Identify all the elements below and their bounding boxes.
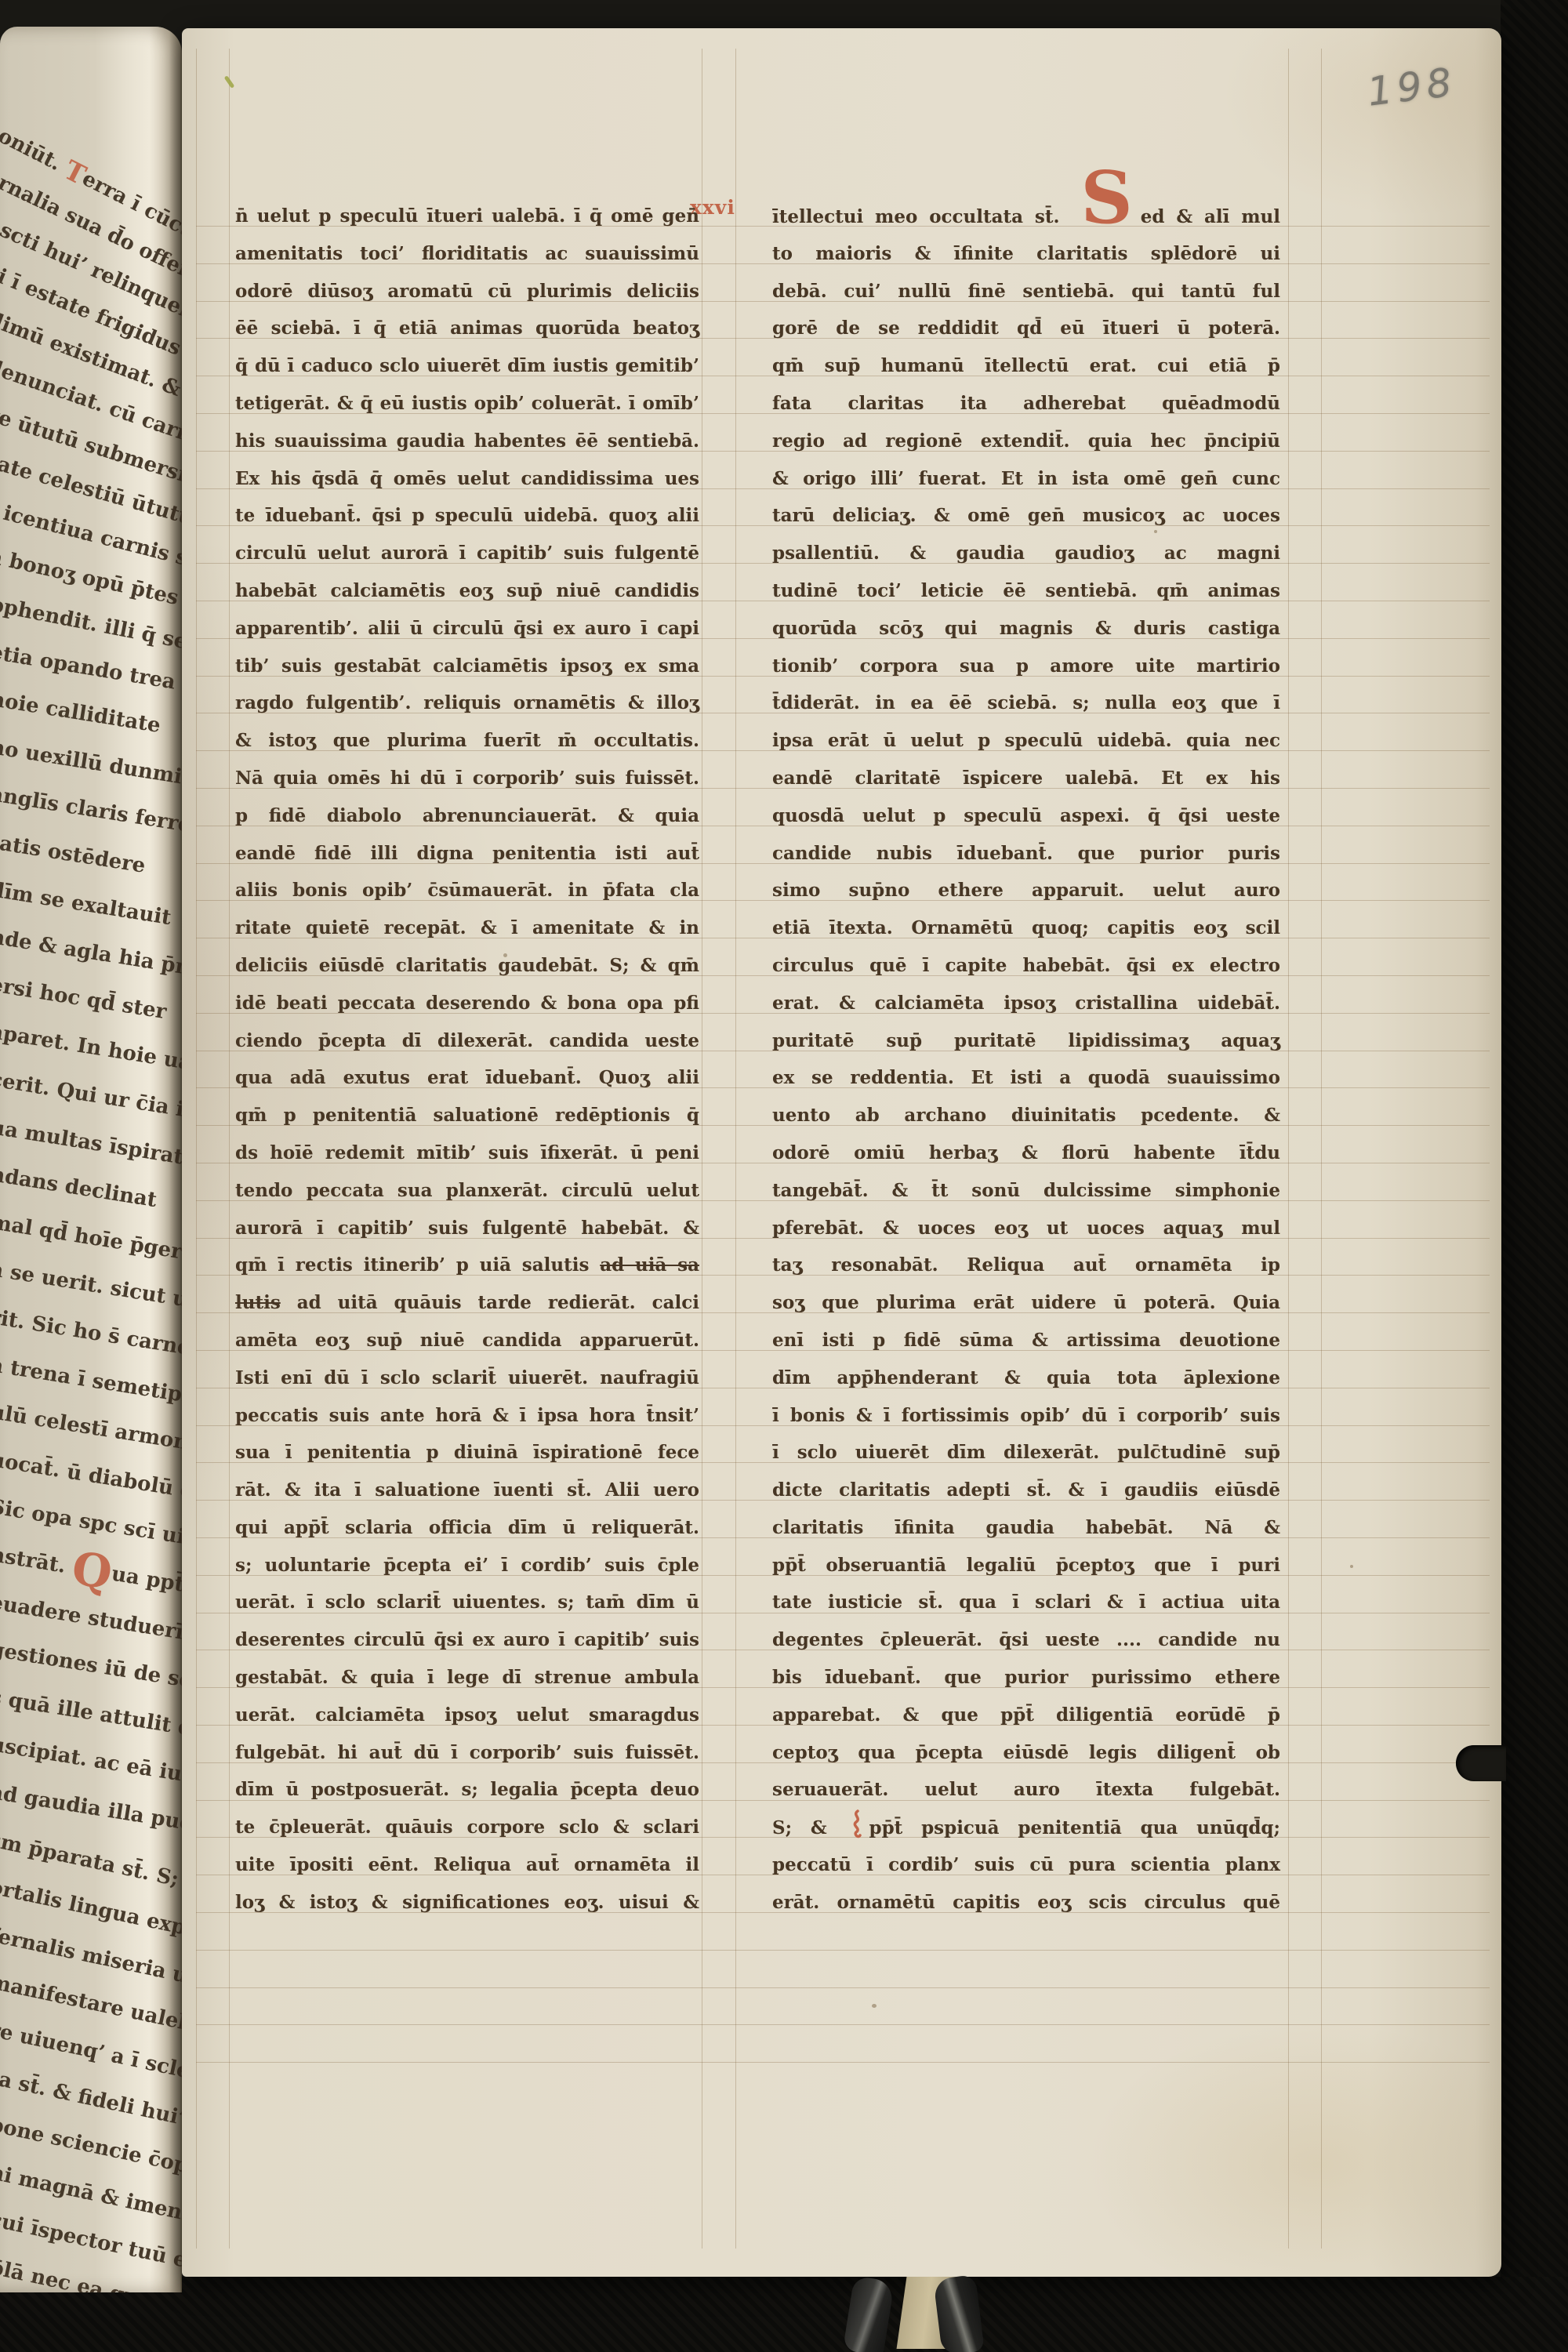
struck-text: ad uiā sa bbox=[600, 1254, 699, 1276]
manuscript-line: eandē fidē illi digna penitentia isti au… bbox=[235, 835, 699, 873]
manuscript-line: bis īduebant̄. que purior purissimo ethe… bbox=[772, 1659, 1280, 1697]
manuscript-line: simo sup̄no ethere apparuit. uelut auro bbox=[772, 872, 1280, 909]
manuscript-line: deserentes circulū q̄si ex auro ī capiti… bbox=[235, 1621, 699, 1659]
manuscript-line: seruauerāt. uelut auro ītexta fulgebāt. bbox=[772, 1771, 1280, 1809]
manuscript-line: ds hoīē redemit mītib’ suis īfixerāt. ū … bbox=[235, 1134, 699, 1172]
facing-page-text-fragment: mal qd̄ hoīe p̄gere bbox=[0, 1210, 182, 1266]
manuscript-line: tetigerāt. & q̄ eū iustis opib’ coluerāt… bbox=[235, 385, 699, 423]
facing-page-text-fragment: s quā ille attulit q̄ s bbox=[0, 1686, 182, 1744]
facing-page-text-fragment: aparet. In hoie uaq; bbox=[0, 1020, 182, 1079]
cloth-background-bottom bbox=[0, 2277, 1568, 2352]
manuscript-line: & origo illi’ fuerat. Et in ista omē gen… bbox=[772, 460, 1280, 498]
clip-metal-right bbox=[933, 2274, 985, 2352]
manuscript-line: Isti enī dū ī sclo sclarit̄ uiuerēt. nau… bbox=[235, 1359, 699, 1397]
manuscript-line: gorē de se reddidit qd̄ eū ītueri ū pote… bbox=[772, 310, 1280, 347]
manuscript-line: tarū deliciaʒ. & omē gen̄ musicoʒ ac uoc… bbox=[772, 497, 1280, 535]
manuscript-line: odorē diūsoʒ aromatū cū plurimis delicii… bbox=[235, 273, 699, 310]
manuscript-line: t̄diderāt. in ea ēē sciebā. s; nulla eoʒ… bbox=[772, 684, 1280, 722]
manuscript-line: etiā ītexta. Ornamētū quoq; capitis eoʒ … bbox=[772, 909, 1280, 947]
manuscript-line: circulū uelut aurorā ī capitib’ suis ful… bbox=[235, 535, 699, 572]
manuscript-line: S; & pp̄t̄ pspicuā penitentiā qua unūqd̄… bbox=[772, 1809, 1280, 1846]
text-column-right: ītellectui meo occultata st̄. Sed & alī … bbox=[772, 198, 1280, 1922]
manuscript-line: qm̄ p penitentiā saluationē redēptionis … bbox=[235, 1097, 699, 1134]
manuscript-line: aliis bonis opib’ c̄sūmauerāt. in p̄fata… bbox=[235, 872, 699, 909]
photograph-of-manuscript: { "document": { "page_number": "198", "c… bbox=[0, 0, 1568, 2352]
manuscript-line: amenitatis toci’ floriditatis ac suauiss… bbox=[235, 235, 699, 273]
text-column-left: n̄ uelut p speculū ītueri ualebā. ī q̄ o… bbox=[235, 198, 699, 1922]
manuscript-line: apparentib’. alii ū circulū q̄si ex auro… bbox=[235, 610, 699, 648]
facing-page-text-fragment: hoie calliditate bbox=[0, 688, 162, 738]
facing-page-text-fragment: anglīs claris ferre bbox=[0, 782, 182, 837]
manuscript-line: qua adā exutus erat īduebant̄. Quoʒ alii bbox=[235, 1059, 699, 1097]
manuscript-line: uento ab archano diuinitatis pcedente. & bbox=[772, 1097, 1280, 1134]
facing-page-text-fragment: uocat̄. ū diabolū cū bbox=[0, 1448, 182, 1505]
manuscript-line: tudinē toci’ leticie ēē sentiebā. qm̄ an… bbox=[772, 572, 1280, 610]
facing-page-text-fragment: ndans declinat bbox=[0, 1163, 158, 1212]
manuscript-line: dicte claritatis adepti st̄. & ī gaudiis… bbox=[772, 1472, 1280, 1509]
facing-page-text-fragment: nstrāt. Qua ppt̄ ho bbox=[0, 1543, 182, 1602]
manuscript-line: uite īpositi eēnt. Reliqua aut̄ ornamēta… bbox=[235, 1846, 699, 1884]
facing-page-text-fragment: uscipiat. ac eā iustis bbox=[0, 1733, 182, 1792]
manuscript-line: erāt. ornamētū capitis eoʒ scis circulus… bbox=[772, 1884, 1280, 1922]
manuscript-line: ceptoʒ qua p̄cepta eiūsdē legis diligent… bbox=[772, 1734, 1280, 1772]
manuscript-line: pferebāt. & uoces eoʒ ut uoces aquaʒ mul bbox=[772, 1210, 1280, 1247]
manuscript-line: tib’ suis gestabāt calciamētis ipsoʒ ex … bbox=[235, 648, 699, 685]
manuscript-line: Nā quia omēs hi dū ī corporib’ suis fuis… bbox=[235, 760, 699, 797]
manuscript-line: degentes c̄pleuerāt. q̄si ueste .... can… bbox=[772, 1621, 1280, 1659]
rubric-initial: S bbox=[1080, 155, 1132, 240]
manuscript-line: uerāt. ī sclo sclarit̄ uiuentes. s; tam̄… bbox=[235, 1584, 699, 1621]
manuscript-line: pp̄t̄ obseruantiā legaliū p̄ceptoʒ que ī… bbox=[772, 1547, 1280, 1584]
manuscript-line: qm̄ ī rectis itinerib’ p uiā salutis ad … bbox=[235, 1247, 699, 1284]
manuscript-line: dīm ū postposuerāt. s; legalia p̄cepta d… bbox=[235, 1771, 699, 1809]
facing-page-text-fragment: rit. Sic ho s̄ carne bbox=[0, 1305, 182, 1360]
facing-page-text-fragment: etia opando trea bbox=[0, 641, 177, 695]
manuscript-line: ī bonis & ī fortissimis opib’ dū ī corpo… bbox=[772, 1397, 1280, 1435]
facing-page-text-fragment: cerit. Qui ur c̄ia ista bbox=[0, 1068, 182, 1127]
facing-page-text-fragment: ho uexillū dunmi bbox=[0, 735, 182, 789]
manuscript-line: Ex his q̄sdā q̄ omēs uelut candidissima … bbox=[235, 460, 699, 498]
manuscript-line: ex se reddentia. Et isti a quodā suauiss… bbox=[772, 1059, 1280, 1097]
manuscript-line: idē beati peccata deserendo & bona opa p… bbox=[235, 985, 699, 1022]
speck bbox=[1350, 1565, 1353, 1568]
manuscript-line: rāt. & ita ī saluatione īuenti st̄. Alii… bbox=[235, 1472, 699, 1509]
manuscript-line: ciendo p̄cepta dī dilexerāt. candida ues… bbox=[235, 1022, 699, 1060]
rubric-initial: Q bbox=[68, 1541, 116, 1600]
manuscript-line: candide nubis īduebant̄. que purior puri… bbox=[772, 835, 1280, 873]
manuscript-line: lutis ad uitā quāuis tarde redierāt. cal… bbox=[235, 1284, 699, 1322]
manuscript-line: apparebat. & que pp̄t̄ diligentiā eorūdē… bbox=[772, 1697, 1280, 1734]
manuscript-line: ragdo fulgentib’. reliquis ornamētis & i… bbox=[235, 684, 699, 722]
facing-page-text-fragment: dīm se exaltauit bbox=[0, 878, 172, 930]
ruling-line bbox=[196, 1987, 1490, 1988]
book-weight-clip bbox=[820, 2277, 1000, 2352]
manuscript-line: taʒ resonabāt. Reliqua aut̄ ornamēta ip bbox=[772, 1247, 1280, 1284]
ruling-line bbox=[196, 1950, 1490, 1951]
manuscript-line: soʒ que plurima erāt uidere ū poterā. Qu… bbox=[772, 1284, 1280, 1322]
manuscript-line: aurorā ī capitib’ suis fulgentē habebāt.… bbox=[235, 1210, 699, 1247]
manuscript-line: puritatē sup̄ puritatē lipidissimaʒ aqua… bbox=[772, 1022, 1280, 1060]
manuscript-line: psallentiū. & gaudia gaudioʒ ac magni bbox=[772, 535, 1280, 572]
clip-metal-left bbox=[843, 2276, 895, 2352]
manuscript-line: erat. & calciamēta ipsoʒ cristallina uid… bbox=[772, 985, 1280, 1022]
manuscript-line: claritatis īfinita gaudia habebāt. Nā & bbox=[772, 1509, 1280, 1547]
manuscript-line: loʒ & istoʒ & significationes eoʒ. uisui… bbox=[235, 1884, 699, 1922]
facing-page-text-fragment: ersi hoc qd̄ ster bbox=[0, 973, 168, 1024]
manuscript-line: ī sclo uiuerēt dīm dilexerāt. pulc̄tudin… bbox=[772, 1434, 1280, 1472]
manuscript-page: xxvi 198 n̄ uelut p speculū ītueri ualeb… bbox=[182, 28, 1501, 2277]
cloth-background-right bbox=[1501, 0, 1568, 2352]
manuscript-line: ritate quietē recepāt. & ī amenitate & i… bbox=[235, 909, 699, 947]
manuscript-line: qm̄ sup̄ humanū ītellectū erat. cui etiā… bbox=[772, 347, 1280, 385]
manuscript-line: & istoʒ que plurima fuerīt m̄ occultatis… bbox=[235, 722, 699, 760]
struck-text: lutis bbox=[235, 1292, 281, 1313]
manuscript-line: te īduebant̄. q̄si p speculū uidebā. quo… bbox=[235, 497, 699, 535]
manuscript-line: tate iusticie st̄. qua ī sclari & ī acti… bbox=[772, 1584, 1280, 1621]
ruling-line bbox=[196, 2062, 1490, 2063]
manuscript-line: regio ad regionē extendit̄. quia hec p̄n… bbox=[772, 423, 1280, 460]
ruling-line-vertical bbox=[702, 49, 702, 2249]
manuscript-line: ītellectui meo occultata st̄. Sed & alī … bbox=[772, 198, 1280, 235]
manuscript-line: n̄ uelut p speculū ītueri ualebā. ī q̄ o… bbox=[235, 198, 699, 235]
manuscript-line: fulgebāt. hi aut̄ dū ī corporib’ suis fu… bbox=[235, 1734, 699, 1772]
manuscript-line: q̄ dū ī caduco sclo uiuerēt dīm iustis g… bbox=[235, 347, 699, 385]
manuscript-line: ipsa erāt ū uelut p speculū uidebā. quia… bbox=[772, 722, 1280, 760]
folio-page-number: 198 bbox=[1365, 59, 1459, 114]
manuscript-line: debā. cui’ nullū finē sentiebā. qui tant… bbox=[772, 273, 1280, 310]
manuscript-line: enī isti p fidē sūma & artissima deuotio… bbox=[772, 1322, 1280, 1359]
manuscript-line: tionib’ corpora sua p amore uite martiri… bbox=[772, 648, 1280, 685]
ruling-line-vertical bbox=[229, 49, 230, 2249]
manuscript-line: tendo peccata sua planxerāt. circulū uel… bbox=[235, 1172, 699, 1210]
manuscript-line: circulus quē ī capite habebāt. q̄si ex e… bbox=[772, 947, 1280, 985]
facing-page-text-fragment: ad gaudia illa puen bbox=[0, 1780, 182, 1838]
manuscript-line: dīm app̄henderant & quia tota āplexione bbox=[772, 1359, 1280, 1397]
manuscript-line: deliciis eiūsdē claritatis gaudebāt. S; … bbox=[235, 947, 699, 985]
manuscript-line: peccatis suis ante horā & ī ipsa hora t̄… bbox=[235, 1397, 699, 1435]
manuscript-line: te c̄pleuerāt. quāuis corpore sclo & scl… bbox=[235, 1809, 699, 1846]
facing-page-text-fragment: a trena ī semetipso bbox=[0, 1353, 182, 1410]
manuscript-line: quorūda scōʒ qui magnis & duris castiga bbox=[772, 610, 1280, 648]
manuscript-line: gestabāt. & quia ī lege dī strenue ambul… bbox=[235, 1659, 699, 1697]
manuscript-line: tangebāt̄. & t̄t sonū dulcissime simphon… bbox=[772, 1172, 1280, 1210]
facing-page-text-fragment: ulū celestī armonie bbox=[0, 1400, 182, 1458]
manuscript-line: fata claritas ita adherebat quēadmodū bbox=[772, 385, 1280, 423]
manuscript-line: p fidē diabolo abrenunciauerāt. & quia bbox=[235, 797, 699, 835]
facing-page-curled-edge: poniūt. Terra ī cūctaarnalia sua d̄o off… bbox=[0, 27, 182, 2292]
manuscript-line: amēta eoʒ sup̄ niuē candida apparuerūt. bbox=[235, 1322, 699, 1359]
parchment-tear-notch bbox=[1456, 1745, 1506, 1781]
manuscript-line: sua ī penitentia p diuinā īspirationē fe… bbox=[235, 1434, 699, 1472]
ruling-line-vertical bbox=[735, 49, 736, 2249]
facing-page-text-fragment: euadere studuerīt d bbox=[0, 1591, 182, 1650]
manuscript-line: odorē omiū herbaʒ & florū habente īt̄du bbox=[772, 1134, 1280, 1172]
manuscript-line: s; uoluntarie p̄cepta ei’ ī cordib’ suis… bbox=[235, 1547, 699, 1584]
speck bbox=[872, 2004, 877, 2008]
manuscript-line: peccatū ī cordib’ suis cū pura scientia … bbox=[772, 1846, 1280, 1884]
facing-page-text-fragment: nde & agla hia p̄ma bbox=[0, 925, 182, 983]
ruling-line-vertical bbox=[196, 49, 197, 2249]
manuscript-line: qui app̄t̄ sclaria officia dīm ū relique… bbox=[235, 1509, 699, 1547]
ruling-line bbox=[196, 2024, 1490, 2025]
facing-page-text-fragment: gestiones iū de se re bbox=[0, 1638, 182, 1698]
facing-page-text-fragment: tatis ostēdere bbox=[0, 830, 147, 878]
ruling-line-vertical bbox=[1321, 49, 1322, 2249]
ruling-line-vertical bbox=[1288, 49, 1289, 2249]
manuscript-line: uerāt. calciamēta ipsoʒ uelut smaragdus bbox=[235, 1697, 699, 1734]
manuscript-line: habebāt calciamētis eoʒ sup̄ niuē candid… bbox=[235, 572, 699, 610]
manuscript-line: to maioris & īfinite claritatis splēdorē… bbox=[772, 235, 1280, 273]
manuscript-line: his suauissima gaudia habentes ēē sentie… bbox=[235, 423, 699, 460]
manuscript-line: quosdā uelut p speculū aspexi. q̄ q̄si u… bbox=[772, 797, 1280, 835]
paraph-mark bbox=[850, 1809, 864, 1840]
manuscript-line: eandē claritatē īspicere ualebā. Et ex h… bbox=[772, 760, 1280, 797]
manuscript-line: ēē sciebā. ī q̄ etiā animas quorūda beat… bbox=[235, 310, 699, 347]
